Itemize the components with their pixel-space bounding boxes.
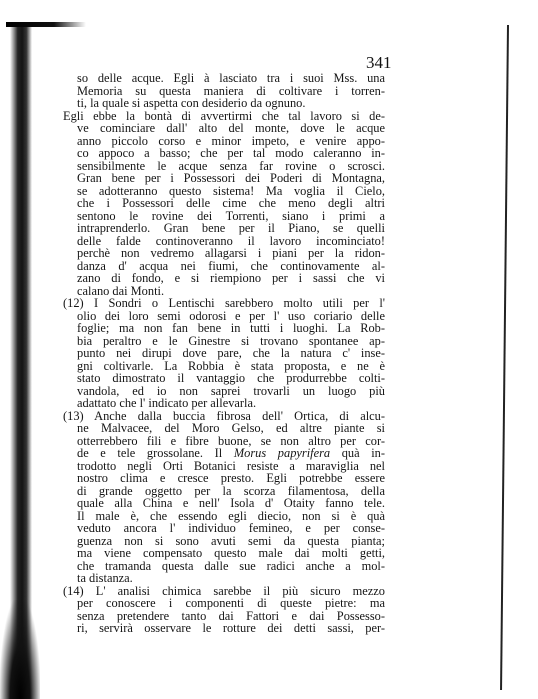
text-line: Gran bene per i Possessori dei Poderi di… — [63, 172, 385, 185]
text-line: punto nei dirupi dove pare, che la natur… — [63, 347, 385, 360]
text-line: (12) I Sondri o Lentischi sarebbero molt… — [63, 297, 385, 310]
page-right-edge — [500, 25, 508, 690]
text-line: so delle acque. Egli à lasciato tra i su… — [63, 72, 385, 85]
text-line: veduto ancora l' individuo femineo, e pe… — [63, 522, 385, 535]
text-line: quale alla China e nell' Isola d' Otaity… — [63, 497, 385, 510]
text-line: nostro clima e cresce presto. Egli potre… — [63, 472, 385, 485]
text-line: ta distanza. — [63, 572, 385, 585]
text-line: ri, servirà osservare le rotture dei det… — [63, 622, 385, 635]
text-line: co appoco a basso; che per tal modo cale… — [63, 147, 385, 160]
text-line: ne Malvacee, del Moro Gelso, ed altre pi… — [63, 422, 385, 435]
book-gutter-top-edge — [6, 22, 86, 27]
text-line: ve cominciare dall' alto del monte, dove… — [63, 122, 385, 135]
book-gutter-shadow — [10, 22, 32, 699]
text-line: zano di fondo, e si riempiono per i sass… — [63, 272, 385, 285]
text-line: perchè non vedremo allagarsi i piani per… — [63, 247, 385, 260]
text-line: intraprenderlo. Gran bene per il Piano, … — [63, 222, 385, 235]
text-line: adattato che l' indicato per allevarla. — [63, 397, 385, 410]
text-line: ti, la quale si aspetta con desiderio da… — [63, 97, 385, 110]
text-line: foglie; ma non fan bene in tutti i luogh… — [63, 322, 385, 335]
text-line: ma viene compensato questo male dai molt… — [63, 547, 385, 560]
text-line: che i Possessori delle cime che meno deg… — [63, 197, 385, 210]
page-body-text: so delle acque. Egli à lasciato tra i su… — [63, 72, 385, 635]
text-line: de e tele grossolane. Il Morus papyrifer… — [63, 447, 385, 460]
book-gutter-bottom-shadow — [0, 600, 40, 699]
text-line: per conoscere i componenti di queste pie… — [63, 597, 385, 610]
page-number: 341 — [366, 53, 392, 73]
italic-species-name: Morus papyrifera — [234, 446, 330, 460]
text-line: stato dimostrato il vantaggio che produr… — [63, 372, 385, 385]
